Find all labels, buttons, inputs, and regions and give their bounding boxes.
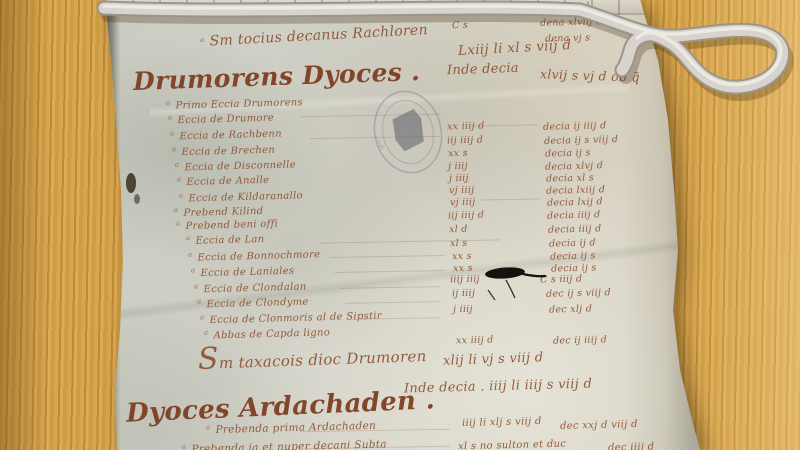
entry-tax: iij iiij d [447,135,483,147]
entry-tax: xx s [452,251,472,263]
entry-marker: a [166,99,171,107]
entry-tax: xl s no sulton et duc [458,439,567,450]
entry-tithe: decia ij d [549,237,596,249]
entry-marker: a [179,192,184,200]
entry-tithe: decia ij s [545,147,591,159]
entry-marker: a [204,329,209,337]
entry-tithe: dec xxj d viij d [560,419,638,432]
entry-marker: a [177,175,182,183]
entry-tithe: dec iiij d [608,441,655,450]
entry-tax: xl d [449,224,468,235]
entry-marker: a [168,113,173,121]
entry-tithe: decia lxiij d [546,184,605,197]
entry-tithe: decia iiij d [547,209,601,221]
entry-tithe: dena vj d [543,1,590,13]
entry-tithe: decia iiij d [548,223,602,235]
entry-name: Eccia de Lan [195,234,264,247]
entry-tithe: decia ij iiij d [543,120,607,133]
entry-marker: a [174,206,179,214]
entry-tithe: dec ij iiij d [553,334,607,346]
entry-tithe: C s iiij d [540,273,583,285]
taxation-row: aEccia de Laniales [191,264,295,280]
taxation-row: aEccia de Disconnelle [175,157,296,173]
taxation-row: aEccia de Lan [186,232,265,247]
entry-tithe: decia lxij d [547,196,603,208]
entry-tithe: decia xlvj d [545,160,603,173]
taxation-row: aEccia de Brechen [172,143,275,159]
entry-tax: j iiij [453,304,473,316]
entry-marker: a [191,266,196,274]
tithe-label: Inde decia [447,61,519,78]
entry-tax: vj iiij [450,197,476,209]
taxation-row: aPrebend beni offi [176,217,278,233]
sum-label: Sm taxacois dioc Drumoren [198,347,427,373]
entry-tithe: dec xlj d [549,303,592,315]
entry-name: Prebenda prima Ardachaden [215,420,376,436]
entry-marker: a [200,313,205,321]
entry-tax: iij iiij d [448,210,484,222]
entry-marker: a [194,282,199,290]
entry-tithe: decia ij s viij d [544,134,619,147]
entry-tithe: dec ij s viij d [546,287,611,300]
entry-tax: j iiij [449,173,469,185]
entry-tax: j iiij [448,161,468,173]
entry-tax: xx iiij d [447,121,485,133]
entry-name: Prebenda ia et nuper decani Subta [191,438,387,450]
manuscript-photo: Eccia de Lethrosse xl d dena vj d C s de… [0,0,800,450]
entry-tithe: dena xlviij d [540,16,603,29]
entry-name: Eccia de Disconnelle [184,159,296,173]
entry-marker: a [186,234,191,242]
entry-marker: a [170,129,175,137]
entry-tax: C s [452,20,468,31]
entry-tithe: decia ij s [550,250,596,262]
entry-marker: a [176,219,181,227]
entry-marker: a [182,443,187,450]
entry-marker: a [200,36,205,44]
entry-name: Eccia de Analle [186,175,269,188]
entry-tax: xx iiij d [456,335,494,347]
entry-marker: a [188,251,193,259]
entry-tax: xl d [420,4,439,15]
entry-marker: a [175,160,180,168]
parchment-sheet: Eccia de Lethrosse xl d dena vj d C s de… [0,0,800,450]
parchment-left-edge [101,0,121,450]
entry-marker: a [172,145,177,153]
entry-tax: xx s [453,263,473,275]
entry-tax: iiij iiij [450,274,480,286]
taxation-row: aEccia de Drumore [168,111,274,127]
entry-tithe: decia xl s [546,172,594,184]
entry-marker: a [197,297,202,305]
entry-marker: a [206,423,211,431]
entry-tax: ij iiij [452,288,475,300]
entry-tax: vj iiij [449,185,475,197]
taxation-row: aPrebenda ia et nuper decani Subta [182,437,387,450]
taxation-row: aEccia de Analle [177,173,270,188]
entry-tax: iiij li xlj s viij d [462,416,542,429]
entry-tax: xx s [448,148,468,160]
sum-total: xlij li vj s viij d [443,350,544,368]
